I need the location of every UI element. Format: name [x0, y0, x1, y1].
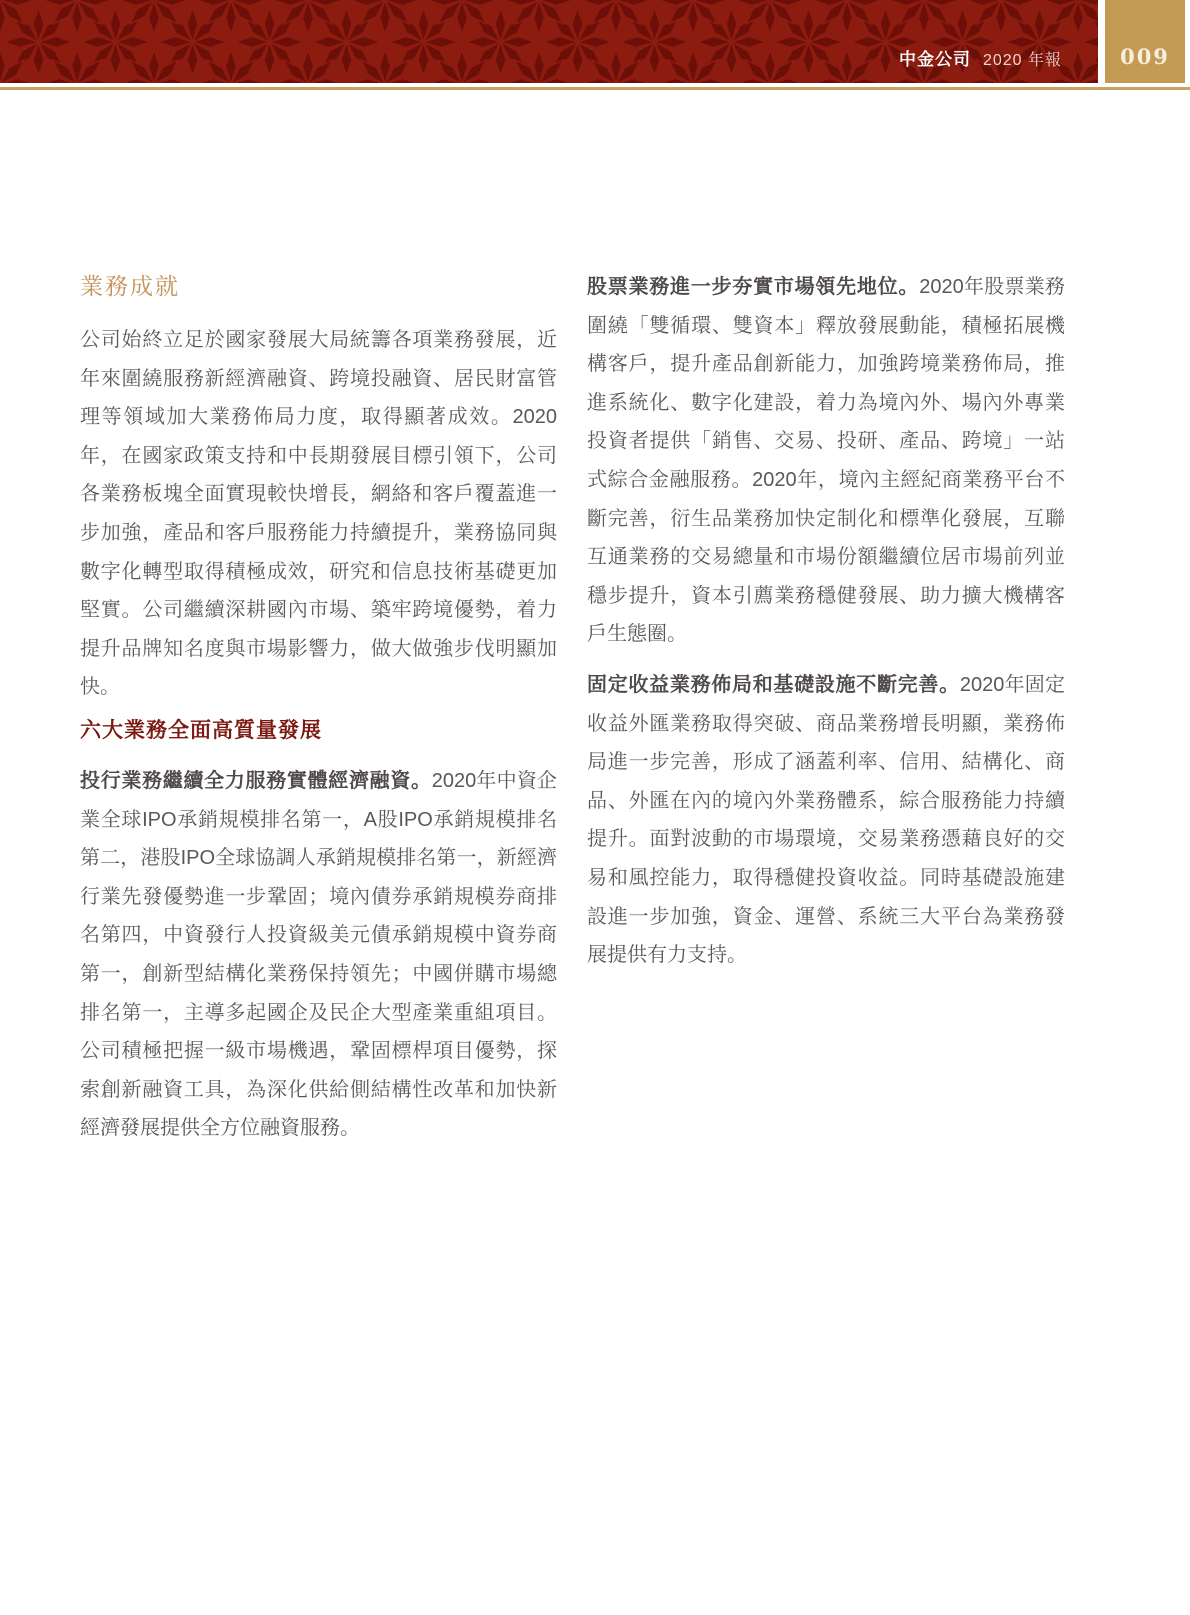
fixed-income-lead: 固定收益業務佈局和基礎設施不斷完善。	[587, 674, 960, 696]
page-number-box: 009	[1105, 0, 1185, 83]
intro-text: 公司始終立足於國家發展大局統籌各項業務發展，近年來圍繞服務新經濟融資、跨境投融資…	[80, 329, 557, 698]
investment-banking-lead: 投行業務繼續全力服務實體經濟融資。	[80, 770, 432, 792]
report-page: 中金公司 2020 年報 009 業務成就 公司始終立足於國家發展大局統籌各項業…	[0, 0, 1190, 1615]
gold-divider-line	[0, 87, 1190, 90]
equities-paragraph: 股票業務進一步夯實市場領先地位。2020年股票業務圍繞「雙循環、雙資本」釋放發展…	[587, 268, 1065, 654]
report-year: 2020 年報	[983, 47, 1062, 70]
investment-banking-body: 2020年中資企業全球IPO承銷規模排名第一，A股IPO承銷規模排名第二，港股I…	[80, 770, 557, 1139]
equities-lead: 股票業務進一步夯實市場領先地位。	[587, 276, 919, 298]
right-column: 股票業務進一步夯實市場領先地位。2020年股票業務圍繞「雙循環、雙資本」釋放發展…	[587, 268, 1065, 975]
company-name: 中金公司	[899, 45, 971, 70]
header-title: 中金公司 2020 年報	[899, 45, 1062, 70]
subsection-title: 六大業務全面高質量發展	[80, 717, 557, 745]
section-title: 業務成就	[80, 270, 557, 302]
left-column: 業務成就 公司始終立足於國家發展大局統籌各項業務發展，近年來圍繞服務新經濟融資、…	[80, 270, 557, 1148]
fixed-income-body: 2020年固定收益外匯業務取得突破、商品業務增長明顯，業務佈局進一步完善，形成了…	[587, 674, 1065, 966]
asanoha-pattern	[0, 0, 1098, 83]
page-number: 009	[1120, 44, 1170, 69]
fixed-income-paragraph: 固定收益業務佈局和基礎設施不斷完善。2020年固定收益外匯業務取得突破、商品業務…	[587, 666, 1065, 975]
equities-body: 2020年股票業務圍繞「雙循環、雙資本」釋放發展動能，積極拓展機構客戶，提升產品…	[587, 276, 1065, 645]
header-band: 中金公司 2020 年報	[0, 0, 1098, 83]
investment-banking-paragraph: 投行業務繼續全力服務實體經濟融資。2020年中資企業全球IPO承銷規模排名第一，…	[80, 762, 557, 1148]
intro-paragraph: 公司始終立足於國家發展大局統籌各項業務發展，近年來圍繞服務新經濟融資、跨境投融資…	[80, 321, 557, 707]
